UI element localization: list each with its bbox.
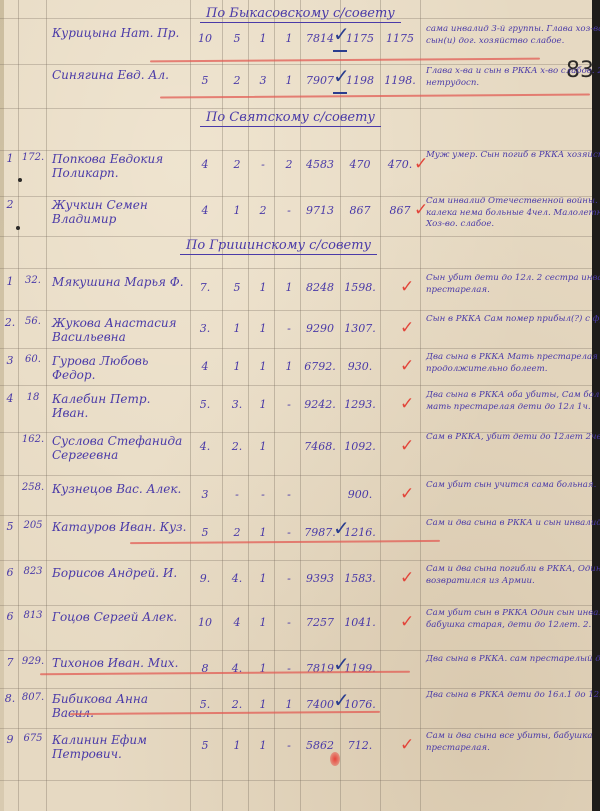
row-list-number: 162. [18,434,48,445]
value-c5: 5862 [300,739,340,752]
row-list-number: 56. [18,316,48,327]
row-list-number: 172. [18,152,48,163]
row-list-number: 929. [18,656,48,667]
remarks-text: Сам убит сын в РККА Один сын инвалид, ба… [426,608,600,631]
value-c1: 5 [190,74,220,87]
remarks-text: Сам и два сына погибли в РККА, Один кале… [426,564,600,587]
person-name: Попкова Евдокия Поликарп. [52,152,188,180]
person-name: Борисов Андрей. И. [52,566,188,580]
value-c5: 7468. [300,440,340,453]
red-check-mark: ✓ [400,484,414,504]
row-index: 3 [2,354,18,367]
value-c7: 1198. [380,74,420,87]
document-page: 83 По Быкасовскому с/советуКурицына Нат.… [0,0,600,811]
blue-pencil-underline [333,92,347,94]
value-c6: 867 [340,204,380,217]
value-c1: 7. [190,281,220,294]
row-index: 2. [2,316,18,329]
value-c6: 1092. [340,440,380,453]
value-c1: 5 [190,739,220,752]
ink-dot [18,178,22,182]
blue-check-mark: ✓ [333,688,350,712]
value-c5: 6792. [300,360,340,373]
red-check-mark: ✓ [400,436,414,456]
row-index: 2 [2,198,18,211]
person-name: Гурова Любовь Федор. [52,354,188,382]
person-name: Суслова Стефанида Сергеевна [52,434,188,462]
person-name: Калебин Петр. Иван. [52,392,188,420]
value-c1: 4. [190,440,220,453]
person-name: Мякушина Марья Ф. [52,275,188,289]
value-c5: 7257 [300,616,340,629]
person-name: Курицына Нат. Пр. [52,26,188,40]
red-ink-blot [330,752,340,766]
row-index: 9 [2,733,18,746]
value-c1: 3 [190,488,220,501]
red-check-mark: ✓ [400,394,414,414]
value-c1: 4 [190,360,220,373]
value-c1: 4 [190,158,220,171]
value-c6: 900. [340,488,380,501]
value-c1: 3. [190,322,220,335]
person-name: Гоцов Сергей Алек. [52,610,188,624]
row-list-number: 18 [18,392,48,403]
value-c1: 10 [190,616,220,629]
red-check-mark: ✓ [400,568,414,588]
person-name: Жучкин Семен Владимир [52,198,188,226]
blue-check-mark: ✓ [333,64,350,88]
value-c7: 1175 [380,32,420,45]
remarks-text: Муж умер. Сын погиб в РККА хозяйство сла… [426,150,600,162]
person-name: Калинин Ефим Петрович. [52,733,188,761]
value-c6: 1293. [340,398,380,411]
value-c1: 5 [190,526,220,539]
value-c1: 9. [190,572,220,585]
value-c3: 1 [248,440,278,453]
row-index: 6 [2,610,18,623]
value-c5: 9290 [300,322,340,335]
row-index: 8. [2,692,18,705]
value-c6: 1041. [340,616,380,629]
value-c1: 4 [190,204,220,217]
row-list-number: 675 [18,733,48,744]
row-index: 1 [2,275,18,288]
row-index: 1 [2,152,18,165]
remarks-text: Два сына в РККА. сам престарелый детей 3… [426,654,600,666]
value-c6: 1598. [340,281,380,294]
value-c1: 5. [190,398,220,411]
remarks-text: Два сына в РККА Мать престарелая сама 54… [426,352,600,375]
value-c6: 470 [340,158,380,171]
section-title: По Быкасовскому с/совету [200,6,401,23]
page-left-edge [0,0,4,811]
row-list-number: 60. [18,354,48,365]
row-index: 7 [2,656,18,669]
row-index: 4 [2,392,18,405]
red-check-mark: ✓ [400,277,414,297]
blue-check-mark: ✓ [333,516,350,540]
value-c5: 9393 [300,572,340,585]
value-c4: - [274,488,304,501]
row-list-number: 205 [18,520,48,531]
row-index: 6 [2,566,18,579]
row-index: 5 [2,520,18,533]
blue-pencil-underline [333,50,347,52]
value-c5: 8248 [300,281,340,294]
remarks-text: Сам инвалид Отечественной войны. Левый к… [426,196,600,231]
value-c5: 4583 [300,158,340,171]
remarks-text: Сам и два сына все убиты, бабушка преста… [426,731,600,754]
person-name: Бибикова Анна Васил. [52,692,188,720]
value-c5: 9713 [300,204,340,217]
remarks-text: Два сына в РККА оба убиты, Сам больной х… [426,390,600,413]
remarks-text: Сын в РККА Сам помер прибыл(?) с фронта. [426,314,600,326]
row-list-number: 258. [18,482,48,493]
red-pencil-underline [160,93,590,98]
remarks-text: Глава х-ва и сын в РККА х-во слабое. 2е … [426,66,600,89]
remarks-text: сама инвалид 3-й группы. Глава хоз-ва в … [426,24,600,47]
blue-check-mark: ✓ [333,22,350,46]
row-list-number: 813 [18,610,48,621]
row-list-number: 807. [18,692,48,703]
value-c6: 930. [340,360,380,373]
value-c1: 10 [190,32,220,45]
person-name: Кузнецов Вас. Алек. [52,482,188,496]
value-c1: 5. [190,698,220,711]
red-pencil-underline [150,58,540,63]
remarks-text: Сам в РККА, убит дети до 12лет 2чел. [426,432,600,444]
row-list-number: 32. [18,275,48,286]
row-list-number: 823 [18,566,48,577]
red-check-mark: ✓ [400,735,414,755]
person-name: Синягина Евд. Ал. [52,68,188,82]
value-c6: 1307. [340,322,380,335]
value-c5: 9242. [300,398,340,411]
red-check-mark: ✓ [400,318,414,338]
section-title: По Святскому с/совету [200,110,381,127]
person-name: Катауров Иван. Куз. [52,520,188,534]
remarks-text: Сам убит сын учится сама больная. [426,480,600,492]
red-check-mark: ✓ [400,612,414,632]
person-name: Жукова Анастасия Васильевна [52,316,188,344]
red-pencil-underline [130,540,440,544]
remarks-text: Сам и два сына в РККА и сын инвалид войн… [426,518,600,530]
remarks-text: Сын убит дети до 12л. 2 сестра инвалид. … [426,273,600,296]
person-name: Тихонов Иван. Мих. [52,656,188,670]
value-c6: 712. [340,739,380,752]
value-c6: 1583. [340,572,380,585]
red-check-mark: ✓ [400,356,414,376]
ink-dot [16,226,20,230]
section-title: По Гришинскому с/совету [180,238,377,255]
remarks-text: Два сына в РККА дети до 16л.1 до 12л.1. [426,690,600,702]
